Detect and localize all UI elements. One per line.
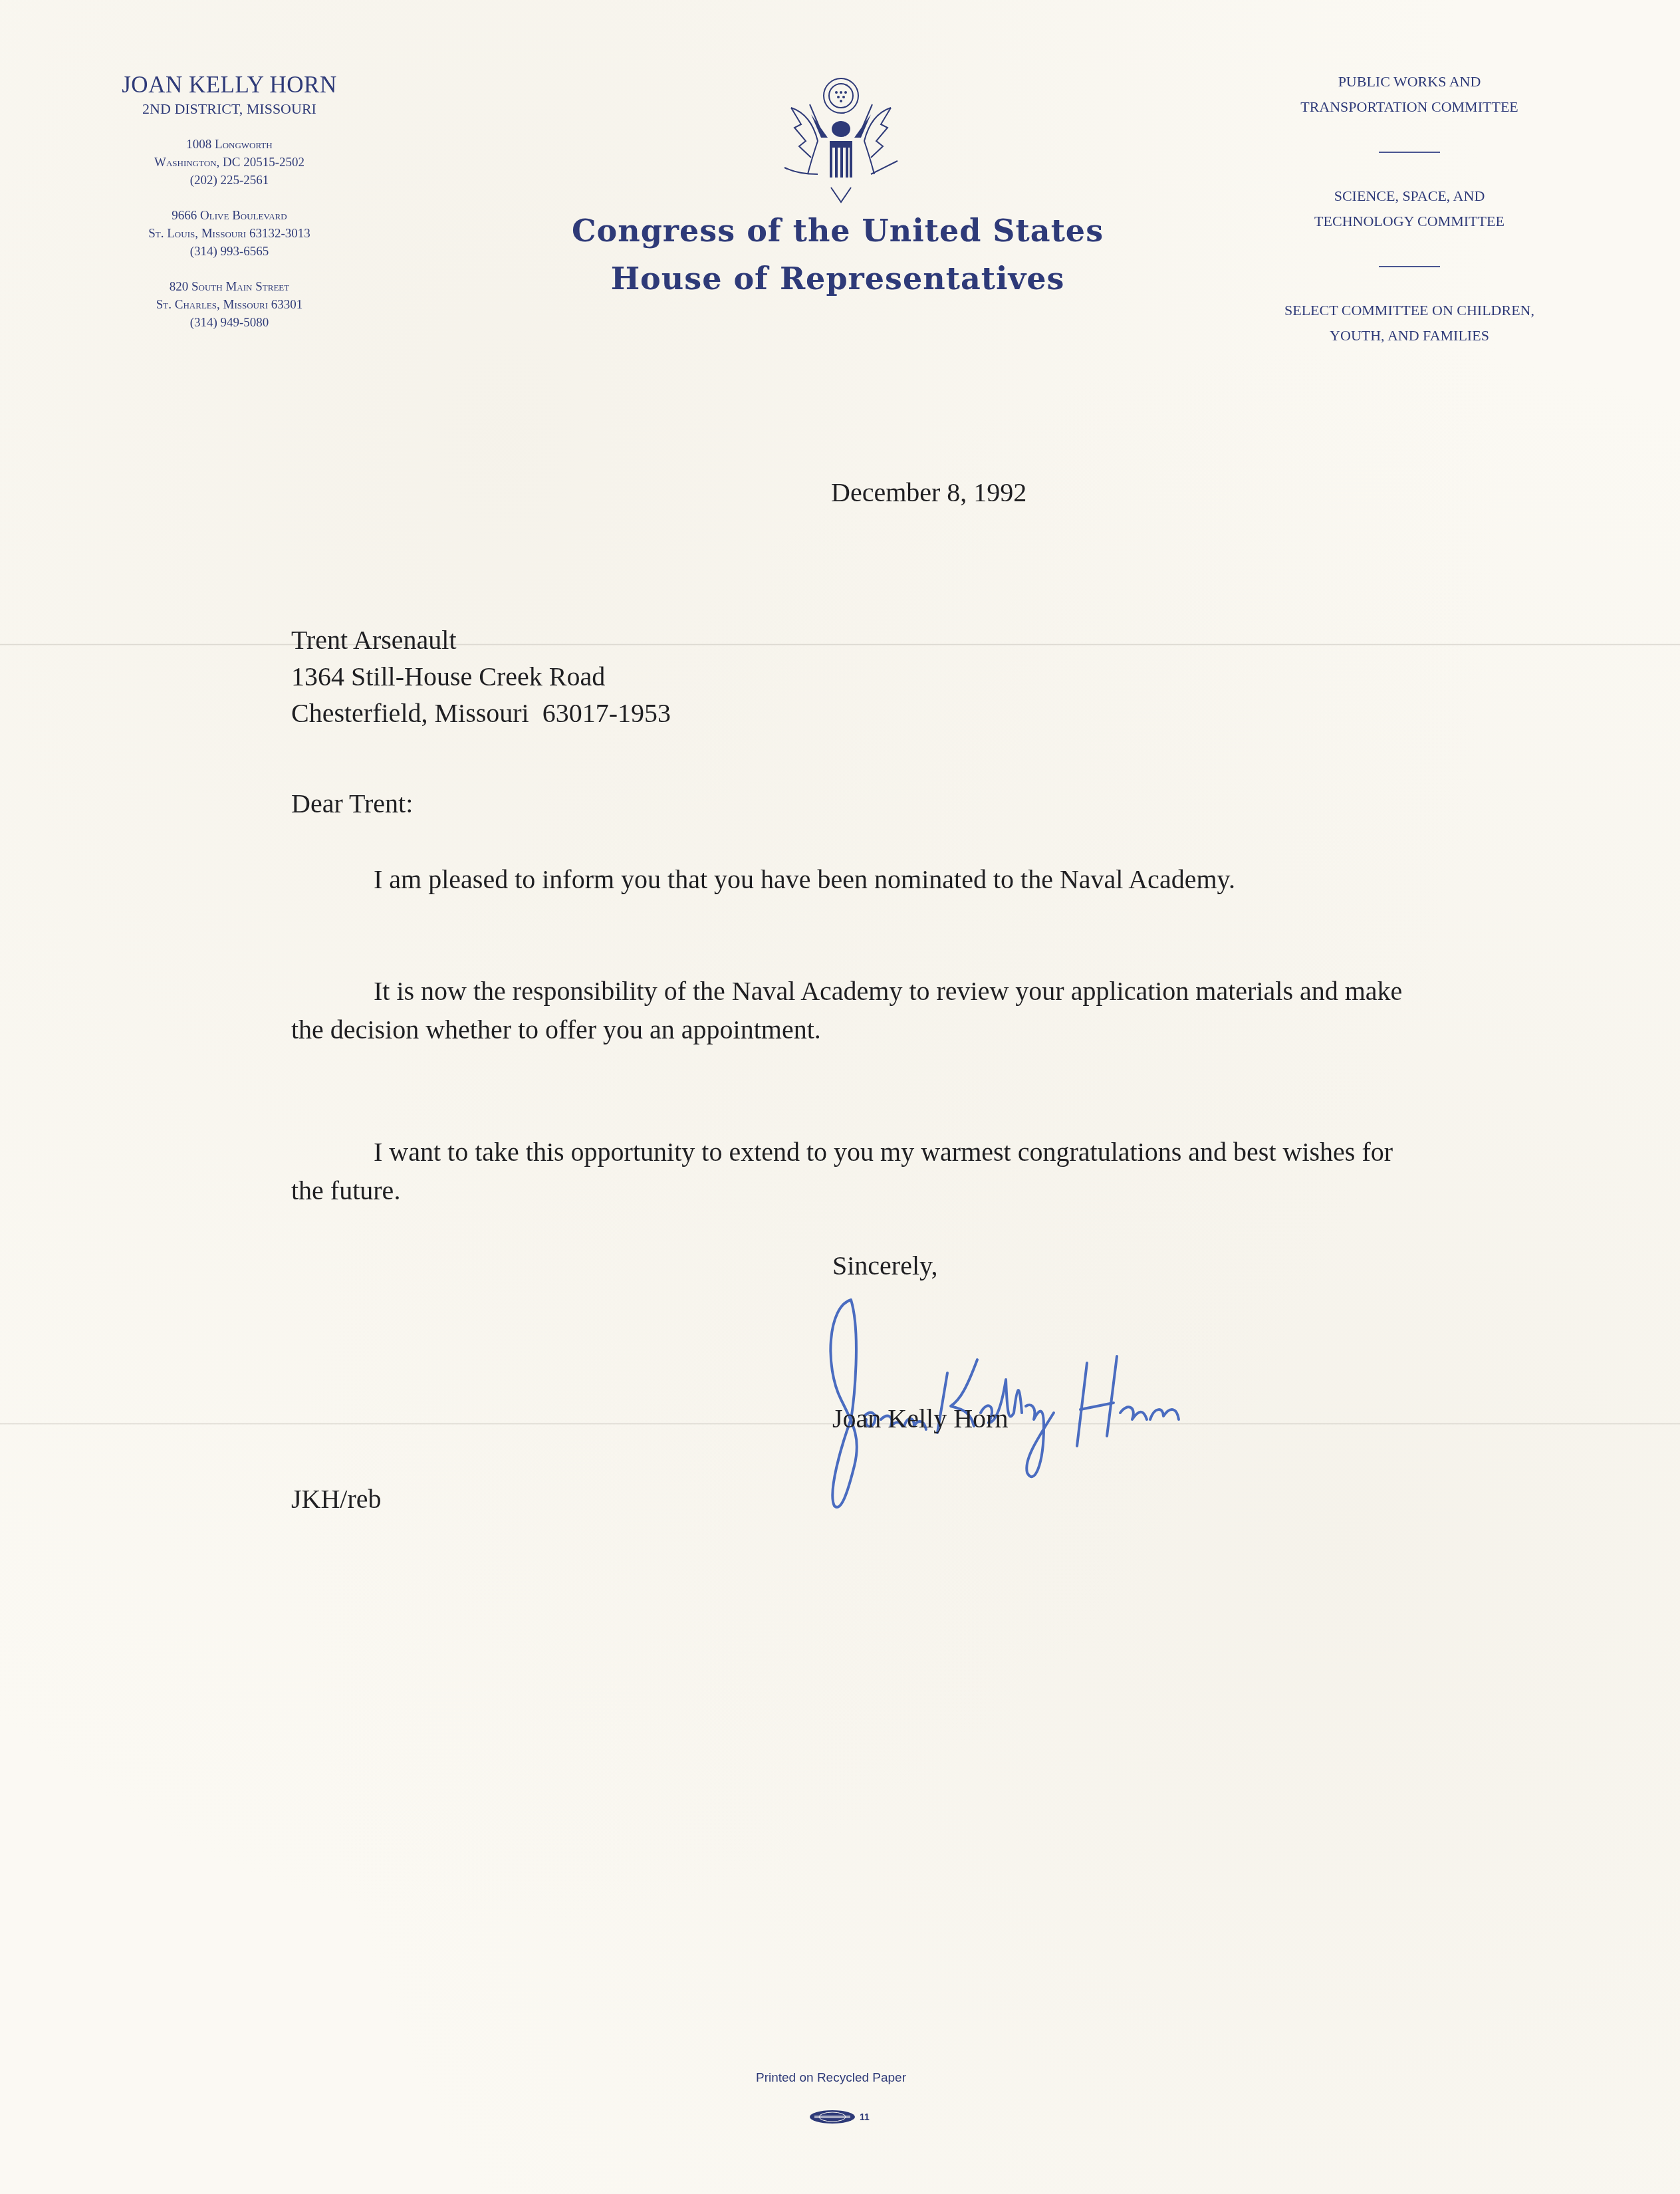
paragraph-text: I want to take this opportunity to exten… [291,1133,1408,1210]
paragraph-text: It is now the responsibility of the Nava… [291,972,1408,1049]
divider [1379,152,1440,153]
closing: Sincerely, [832,1247,937,1285]
salutation: Dear Trent: [291,785,413,823]
fold-crease [0,644,1680,646]
committee-item: PUBLIC WORKS AND TRANSPORTATION COMMITTE… [1210,69,1609,120]
office-phone: (314) 949-5080 [63,314,396,332]
recipient-street: 1364 Still-House Creek Road [291,658,671,695]
committee-line: SELECT COMMITTEE ON CHILDREN, [1210,298,1609,323]
typed-signer-name: Joan Kelly Horn [832,1400,1008,1438]
committee-line: YOUTH, AND FAMILIES [1210,323,1609,348]
office-street: 9666 Olive Boulevard [63,207,396,225]
office-address: 820 South Main Street St. Charles, Misso… [63,278,396,332]
office-street: 820 South Main Street [63,278,396,296]
representative-name: JOAN KELLY HORN [63,72,396,98]
body-paragraph: I want to take this opportunity to exten… [291,1133,1408,1210]
representative-letterhead: JOAN KELLY HORN 2ND DISTRICT, MISSOURI 1… [63,72,396,332]
office-address: 9666 Olive Boulevard St. Louis, Missouri… [63,207,396,261]
union-label-bug-icon [809,2110,856,2124]
institution-title: Congress of the United States [558,213,1117,249]
body-paragraph: I am pleased to inform you that you have… [291,860,1408,899]
representative-district: 2ND DISTRICT, MISSOURI [63,100,396,118]
union-label: 11 [809,2110,870,2124]
office-street: 1008 Longworth [63,136,396,154]
office-address: 1008 Longworth Washington, DC 20515-2502… [63,136,396,189]
committee-item: SCIENCE, SPACE, AND TECHNOLOGY COMMITTEE [1210,183,1609,234]
committee-line: SCIENCE, SPACE, AND [1210,183,1609,209]
institution-subtitle: House of Representatives [558,261,1117,297]
union-number: 11 [860,2112,870,2122]
recipient-address: Trent Arsenault 1364 Still-House Creek R… [291,622,671,731]
recipient-city: Chesterfield, Missouri 63017-1953 [291,695,671,731]
committee-line: TECHNOLOGY COMMITTEE [1210,209,1609,234]
office-phone: (314) 993-6565 [63,243,396,261]
committee-line: PUBLIC WORKS AND [1210,69,1609,94]
recycled-paper-note: Printed on Recycled Paper [665,2071,997,2086]
divider [1379,266,1440,267]
office-phone: (202) 225-2561 [63,172,396,189]
recipient-name: Trent Arsenault [291,622,671,658]
body-paragraph: It is now the responsibility of the Nava… [291,972,1408,1049]
reference-initials: JKH/reb [291,1480,382,1519]
office-city: St. Louis, Missouri 63132-3013 [63,225,396,243]
committee-item: SELECT COMMITTEE ON CHILDREN, YOUTH, AND… [1210,298,1609,348]
office-city: Washington, DC 20515-2502 [63,154,396,172]
committee-line: TRANSPORTATION COMMITTEE [1210,94,1609,120]
paragraph-text: I am pleased to inform you that you have… [291,860,1408,899]
committee-list: PUBLIC WORKS AND TRANSPORTATION COMMITTE… [1210,69,1609,348]
great-seal-eagle-icon [771,74,911,204]
letter-date: December 8, 1992 [831,473,1026,512]
office-city: St. Charles, Missouri 63301 [63,296,396,314]
